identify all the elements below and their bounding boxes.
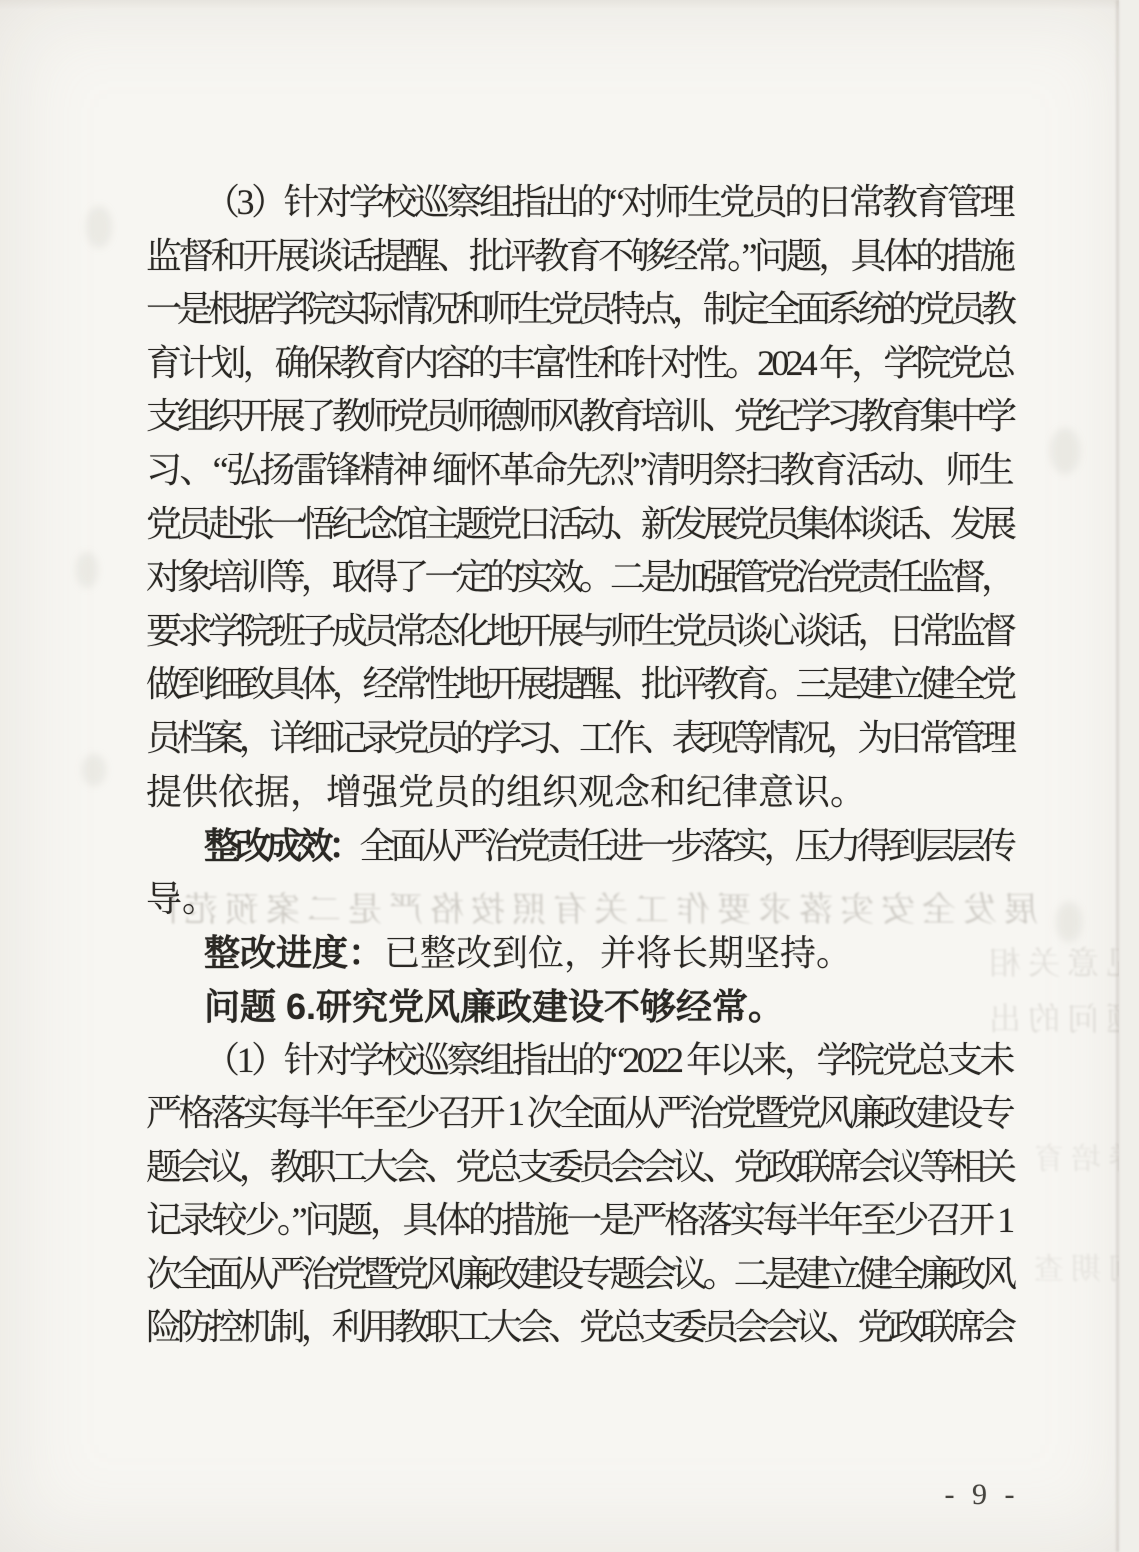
text-line: 习、“弘扬雷锋精神 缅怀革命先烈”清明祭扫教育活动、师生 — [146, 444, 1012, 498]
text-line: 提供依据，增强党员的组织观念和纪律意识。 — [146, 766, 1012, 820]
text-line: （1）针对学校巡察组指出的“2022 年以来，学院党总支未 — [146, 1034, 1012, 1088]
body-text: 险防控机制，利用教职工大会、党总支委员会会议、党政联席会 — [146, 1307, 1012, 1347]
body-text: 党员赴张一悟纪念馆主题党日活动、新发展党员集体谈话、发展 — [146, 504, 1012, 544]
text-line: 记录较少。”问题，具体的措施一是严格落实每半年至少召开 1 — [146, 1194, 1012, 1248]
scan-smudge — [82, 754, 106, 786]
body-text: 导。 — [146, 879, 218, 919]
body-text: 次全面从严治党暨党风廉政建设专题会议。二是建立健全廉政风 — [146, 1254, 1012, 1294]
text-line: 整改成效：全面从严治党责任进一步落实，压力得到层层传 — [146, 819, 1012, 873]
body-text: 题会议，教职工大会、党总支委员会会议、党政联席会议等相关 — [146, 1147, 1012, 1187]
bold-text: 整改成效： — [204, 825, 359, 866]
scan-smudge — [1056, 902, 1082, 942]
text-line: 监督和开展谈话提醒、批评教育不够经常。”问题，具体的措施 — [146, 230, 1012, 284]
text-line: 整改进度：已整改到位，并将长期坚持。 — [146, 926, 1012, 980]
scan-smudge — [1050, 428, 1080, 474]
text-line: 问题 6.研究党风廉政建设不够经常。 — [146, 980, 1012, 1034]
body-text: 对象培训等，取得了一定的实效。二是加强管党治党责任监督， — [146, 557, 1012, 597]
text-line: 险防控机制，利用教职工大会、党总支委员会会议、党政联席会 — [146, 1301, 1012, 1355]
scan-edge-line — [1116, 0, 1119, 1552]
text-line: 题会议，教职工大会、党总支委员会会议、党政联席会议等相关 — [146, 1141, 1012, 1195]
document-body: （3）针对学校巡察组指出的“对师生党员的日常教育管理监督和开展谈话提醒、批评教育… — [146, 176, 1012, 1355]
text-line: 对象培训等，取得了一定的实效。二是加强管党治党责任监督， — [146, 551, 1012, 605]
scan-edge-strip — [1119, 0, 1139, 1552]
text-line: 严格落实每半年至少召开 1 次全面从严治党暨党风廉政建设专 — [146, 1087, 1012, 1141]
page-number: - 9 - — [912, 1478, 1052, 1512]
scan-smudge — [76, 552, 98, 588]
text-line: 导。 — [146, 873, 1012, 927]
text-line: （3）针对学校巡察组指出的“对师生党员的日常教育管理 — [146, 176, 1012, 230]
body-text: 要求学院班子成员常态化地开展与师生党员谈心谈话，日常监督 — [146, 611, 1012, 651]
text-line: 一是根据学院实际情况和师生党员特点，制定全面系统的党员教 — [146, 283, 1012, 337]
body-text: 已整改到位，并将长期坚持。 — [384, 933, 852, 973]
body-text: 提供依据，增强党员的组织观念和纪律意识。 — [146, 772, 866, 812]
text-line: 要求学院班子成员常态化地开展与师生党员谈心谈话，日常监督 — [146, 605, 1012, 659]
body-text: 一是根据学院实际情况和师生党员特点，制定全面系统的党员教 — [146, 289, 1012, 329]
text-line: 次全面从严治党暨党风廉政建设专题会议。二是建立健全廉政风 — [146, 1248, 1012, 1302]
body-text: 记录较少。”问题，具体的措施一是严格落实每半年至少召开 1 — [146, 1200, 1012, 1240]
scan-top-shadow — [0, 0, 1139, 10]
text-line: 育计划，确保教育内容的丰富性和针对性。2024 年，学院党总 — [146, 337, 1012, 391]
bold-text: 整改进度： — [204, 932, 384, 973]
body-text: 习、“弘扬雷锋精神 缅怀革命先烈”清明祭扫教育活动、师生 — [146, 450, 1012, 490]
body-text: （3）针对学校巡察组指出的“对师生党员的日常教育管理 — [204, 182, 1012, 222]
document-page: 展发全安实落求要作工关有照按格严是二案预范防险风全健见意关相题问的出养培育间期查… — [0, 0, 1139, 1552]
body-text: 监督和开展谈话提醒、批评教育不够经常。”问题，具体的措施 — [146, 236, 1012, 276]
body-text: 支组织开展了教师党员师德师风教育培训、党纪学习教育集中学 — [146, 396, 1012, 436]
body-text: 严格落实每半年至少召开 1 次全面从严治党暨党风廉政建设专 — [146, 1093, 1012, 1133]
text-line: 党员赴张一悟纪念馆主题党日活动、新发展党员集体谈话、发展 — [146, 498, 1012, 552]
bold-text: 问题 6.研究党风廉政建设不够经常。 — [204, 986, 784, 1027]
text-line: 员档案，详细记录党员的学习、工作、表现等情况，为日常管理 — [146, 712, 1012, 766]
text-line: 支组织开展了教师党员师德师风教育培训、党纪学习教育集中学 — [146, 390, 1012, 444]
text-line: 做到细致具体，经常性地开展提醒、批评教育。三是建立健全党 — [146, 658, 1012, 712]
body-text: （1）针对学校巡察组指出的“2022 年以来，学院党总支未 — [204, 1040, 1012, 1080]
body-text: 全面从严治党责任进一步落实，压力得到层层传 — [359, 826, 1012, 866]
body-text: 育计划，确保教育内容的丰富性和针对性。2024 年，学院党总 — [146, 343, 1012, 383]
body-text: 员档案，详细记录党员的学习、工作、表现等情况，为日常管理 — [146, 718, 1012, 758]
scan-smudge — [86, 206, 112, 248]
body-text: 做到细致具体，经常性地开展提醒、批评教育。三是建立健全党 — [146, 664, 1012, 704]
